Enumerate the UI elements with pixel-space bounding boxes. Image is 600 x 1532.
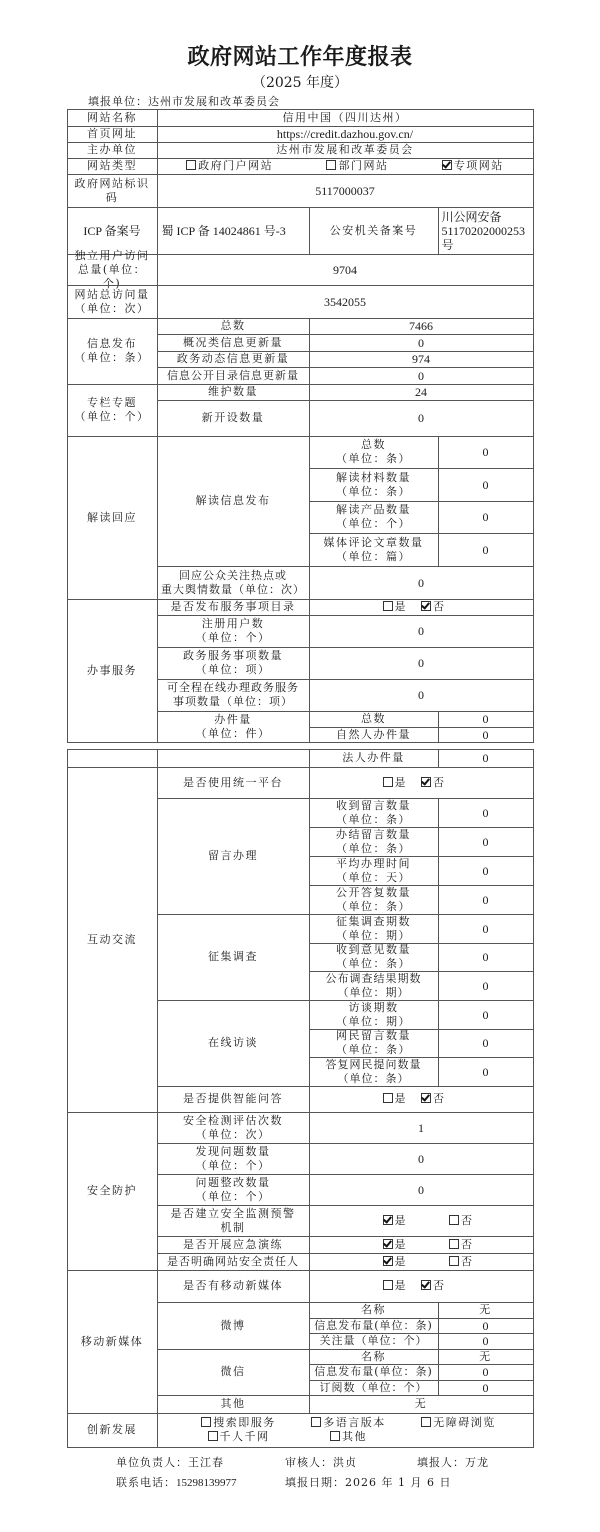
checkbox-unchecked-icon[interactable] — [449, 1239, 459, 1249]
security-drill-label: 是否开展应急演练 — [157, 1236, 310, 1254]
checkbox-checked-icon[interactable] — [383, 1256, 393, 1266]
weibo-name-label: 名称 — [309, 1302, 439, 1319]
cases-label: 办件量（单位：件） — [157, 711, 310, 743]
site-type-options: 政府门户网站 部门网站 专项网站 — [157, 158, 534, 175]
checkbox-checked-icon[interactable] — [421, 1093, 431, 1103]
interpret-material-label: 解读材料数量（单位：条） — [309, 468, 439, 502]
smart-qa-yes[interactable]: 是 — [312, 1092, 422, 1106]
weibo-followers-value: 0 — [438, 1333, 534, 1350]
columns-new-label: 新开设数量 — [157, 400, 310, 437]
smart-qa-options: 是否 — [309, 1086, 534, 1113]
sponsor-label: 主办单位 — [67, 142, 158, 159]
checkbox-unchecked-icon[interactable] — [326, 160, 336, 170]
page-views-label: 网站总访问量（单位：次） — [67, 285, 158, 319]
service-catalog-options: 是否 — [309, 599, 534, 616]
security-fixed-value: 0 — [309, 1174, 534, 1206]
site-type-option-department[interactable]: 部门网站 — [326, 159, 388, 173]
columns-label: 专栏专题（单位：个） — [67, 384, 158, 437]
cases-person-value: 0 — [438, 727, 534, 743]
mobile-has-yes[interactable]: 是 — [312, 1279, 422, 1293]
unit-head: 单位负责人：王江春 — [116, 1454, 224, 1470]
info-news-value: 974 — [309, 351, 534, 368]
continued-blank-cell — [157, 749, 310, 768]
survey-opinions-value: 0 — [438, 943, 534, 972]
info-news-label: 政务动态信息更新量 — [157, 351, 310, 368]
security-monitor-label: 是否建立安全监测预警机制 — [157, 1205, 310, 1237]
reviewer: 审核人：洪贞 — [285, 1454, 357, 1470]
messages-avg-time-label: 平均办理时间（单位：天） — [309, 856, 439, 886]
wechat-name-label: 名称 — [309, 1349, 439, 1365]
security-drill-yes[interactable]: 是 — [312, 1238, 422, 1252]
interview-periods-label: 访谈期数（单位：期） — [309, 1000, 439, 1030]
smart-qa-no[interactable]: 否 — [421, 1092, 531, 1106]
checkbox-unchecked-icon[interactable] — [311, 1417, 321, 1427]
police-record-value: 川公网安备51170202000253号 — [438, 207, 534, 255]
info-catalog-value: 0 — [309, 367, 534, 385]
mobile-has-label: 是否有移动新媒体 — [157, 1270, 310, 1303]
checkbox-checked-icon[interactable] — [421, 1280, 431, 1290]
security-issues-label: 发现问题数量（单位：个） — [157, 1143, 310, 1175]
wechat-subscribers-label: 订阅数（单位：个） — [309, 1380, 439, 1396]
survey-results-label: 公布调查结果期数（单位：期） — [309, 971, 439, 1001]
checkbox-checked-icon[interactable] — [383, 1215, 393, 1225]
messages-closed-value: 0 — [438, 827, 534, 857]
site-code-label: 政府网站标识码 — [67, 174, 158, 208]
response-label: 回应公众关注热点或重大舆情数量（单位：次） — [157, 566, 310, 600]
security-fixed-label: 问题整改数量（单位：个） — [157, 1174, 310, 1206]
interview-replies-label: 答复网民提问数量（单位：条） — [309, 1057, 439, 1087]
interview-label: 在线访谈 — [157, 1000, 310, 1087]
security-tests-label: 安全检测评估次数（单位：次） — [157, 1112, 310, 1144]
checkbox-unchecked-icon[interactable] — [330, 1431, 340, 1441]
service-items-label: 政务服务事项数量（单位：项） — [157, 647, 310, 680]
homepage-url[interactable]: https://credit.dazhou.gov.cn/ — [157, 126, 534, 143]
innovation-option-search[interactable]: 搜索即服务 — [184, 1416, 294, 1430]
security-monitor-yes[interactable]: 是 — [312, 1214, 422, 1228]
wechat-name-value: 无 — [438, 1349, 534, 1365]
security-owner-no[interactable]: 否 — [421, 1255, 531, 1269]
checkbox-unchecked-icon[interactable] — [383, 1280, 393, 1290]
interview-messages-value: 0 — [438, 1029, 534, 1058]
filling-unit-value: 达州市发展和改革委员会 — [148, 95, 280, 108]
response-value: 0 — [309, 566, 534, 600]
filler: 填报人：万龙 — [417, 1454, 489, 1470]
security-label: 安全防护 — [67, 1112, 158, 1271]
cases-legal-label: 法人办件量 — [309, 749, 439, 768]
interpret-product-label: 解读产品数量（单位：个） — [309, 501, 439, 534]
security-issues-value: 0 — [309, 1143, 534, 1175]
innovation-options: 搜索即服务 多语言版本 无障碍浏览 千人千网 其他 — [157, 1413, 534, 1448]
innovation-option-accessibility[interactable]: 无障碍浏览 — [404, 1416, 514, 1430]
checkbox-unchecked-icon[interactable] — [208, 1431, 218, 1441]
survey-results-value: 0 — [438, 971, 534, 1001]
info-total-label: 总数 — [157, 318, 310, 335]
contact-phone: 联系电话：15298139977 — [116, 1474, 237, 1490]
registered-users-value: 0 — [309, 615, 534, 648]
cases-total-value: 0 — [438, 711, 534, 728]
checkbox-checked-icon[interactable] — [383, 1239, 393, 1249]
messages-avg-time-value: 0 — [438, 856, 534, 886]
info-overview-value: 0 — [309, 334, 534, 352]
unique-visitors-value: 9704 — [157, 254, 534, 286]
security-owner-label: 是否明确网站安全责任人 — [157, 1253, 310, 1271]
site-type-option-special[interactable]: 专项网站 — [442, 159, 504, 173]
messages-label: 留言办理 — [157, 798, 310, 915]
columns-maintained-value: 24 — [309, 384, 534, 401]
cases-total-label: 总数 — [309, 711, 439, 728]
weibo-followers-label: 关注量（单位：个） — [309, 1333, 439, 1350]
filling-unit-label: 填报单位： — [88, 95, 148, 108]
interpret-label: 解读回应 — [67, 436, 158, 600]
fill-date: 填报日期：2026 年 1 月 6 日 — [285, 1474, 451, 1490]
innovation-option-other[interactable]: 其他 — [294, 1430, 404, 1444]
checkbox-unchecked-icon[interactable] — [201, 1417, 211, 1427]
homepage-label: 首页网址 — [67, 126, 158, 143]
survey-opinions-label: 收到意见数量（单位：条） — [309, 943, 439, 972]
unified-platform-no[interactable]: 否 — [421, 776, 531, 790]
service-catalog-label: 是否发布服务事项目录 — [157, 599, 310, 616]
security-owner-options: 是否 — [309, 1253, 534, 1271]
checkbox-checked-icon[interactable] — [421, 777, 431, 787]
survey-periods-label: 征集调查期数（单位：期） — [309, 914, 439, 944]
police-record-label: 公安机关备案号 — [309, 207, 439, 255]
site-code-value: 5117000037 — [157, 174, 534, 208]
wechat-posts-value: 0 — [438, 1364, 534, 1381]
report-year: （2025 年度） — [0, 72, 600, 92]
weibo-label: 微博 — [157, 1302, 310, 1350]
survey-label: 征集调查 — [157, 914, 310, 1001]
info-overview-label: 概况类信息更新量 — [157, 334, 310, 352]
security-owner-yes[interactable]: 是 — [312, 1255, 422, 1269]
unified-platform-options: 是否 — [309, 767, 534, 799]
sponsor-value: 达州市发展和改革委员会 — [157, 142, 534, 159]
interpret-publish-label: 解读信息发布 — [157, 436, 310, 567]
service-label: 办事服务 — [67, 599, 158, 743]
innovation-option-personalized[interactable]: 千人千网 — [184, 1430, 294, 1444]
interview-periods-value: 0 — [438, 1000, 534, 1030]
mobile-has-options: 是否 — [309, 1270, 534, 1303]
weibo-posts-label: 信息发布量(单位：条) — [309, 1318, 439, 1334]
mobile-label: 移动新媒体 — [67, 1270, 158, 1414]
interpret-material-value: 0 — [438, 468, 534, 502]
interaction-label: 互动交流 — [67, 767, 158, 1113]
cases-legal-value: 0 — [438, 749, 534, 768]
info-catalog-label: 信息公开目录信息更新量 — [157, 367, 310, 385]
checkbox-unchecked-icon[interactable] — [186, 160, 196, 170]
checkbox-unchecked-icon[interactable] — [421, 1417, 431, 1427]
checkbox-unchecked-icon[interactable] — [449, 1215, 459, 1225]
service-items-value: 0 — [309, 647, 534, 680]
info-total-value: 7466 — [309, 318, 534, 335]
icp-value: 蜀 ICP 备 14024861 号-3 — [157, 207, 310, 255]
interview-messages-label: 网民留言数量（单位：条） — [309, 1029, 439, 1058]
interpret-product-value: 0 — [438, 501, 534, 534]
interpret-total-label: 总数（单位：条） — [309, 436, 439, 469]
checkbox-checked-icon[interactable] — [442, 160, 452, 170]
security-tests-value: 1 — [309, 1112, 534, 1144]
icp-label: ICP 备案号 — [67, 207, 158, 255]
smart-qa-label: 是否提供智能问答 — [157, 1086, 310, 1113]
checkbox-unchecked-icon[interactable] — [383, 1093, 393, 1103]
page-views-value: 3542055 — [157, 285, 534, 319]
columns-maintained-label: 维护数量 — [157, 384, 310, 401]
continued-blank-cell — [67, 749, 158, 768]
online-items-value: 0 — [309, 679, 534, 712]
service-catalog-yes[interactable]: 是 — [312, 600, 422, 614]
messages-received-label: 收到留言数量（单位：条） — [309, 798, 439, 828]
weibo-name-value: 无 — [438, 1302, 534, 1319]
site-type-option-portal[interactable]: 政府门户网站 — [186, 159, 273, 173]
innovation-label: 创新发展 — [67, 1413, 158, 1448]
mobile-has-no[interactable]: 否 — [421, 1279, 531, 1293]
site-name-value: 信用中国（四川达州） — [157, 109, 534, 127]
interpret-total-value: 0 — [438, 436, 534, 469]
info-publish-label: 信息发布（单位：条） — [67, 318, 158, 385]
unified-platform-yes[interactable]: 是 — [312, 776, 422, 790]
messages-public-value: 0 — [438, 885, 534, 915]
security-drill-options: 是否 — [309, 1236, 534, 1254]
site-name-label: 网站名称 — [67, 109, 158, 127]
wechat-subscribers-value: 0 — [438, 1380, 534, 1396]
interpret-media-value: 0 — [438, 533, 534, 567]
unique-visitors-label: 独立用户访问总量(单位：个) — [67, 254, 158, 286]
mobile-other-label: 其他 — [157, 1395, 310, 1414]
page-title: 政府网站工作年度报表 — [0, 40, 600, 71]
messages-closed-label: 办结留言数量（单位：条） — [309, 827, 439, 857]
security-monitor-no[interactable]: 否 — [421, 1214, 531, 1228]
interview-replies-value: 0 — [438, 1057, 534, 1087]
checkbox-unchecked-icon[interactable] — [383, 601, 393, 611]
security-monitor-options: 是否 — [309, 1205, 534, 1237]
service-catalog-no[interactable]: 否 — [421, 600, 531, 614]
messages-public-label: 公开答复数量（单位：条） — [309, 885, 439, 915]
unified-platform-label: 是否使用统一平台 — [157, 767, 310, 799]
survey-periods-value: 0 — [438, 914, 534, 944]
checkbox-unchecked-icon[interactable] — [449, 1256, 459, 1266]
filling-unit: 填报单位：达州市发展和改革委员会 — [88, 93, 280, 109]
site-type-label: 网站类型 — [67, 158, 158, 175]
cases-person-label: 自然人办件量 — [309, 727, 439, 743]
interpret-media-label: 媒体评论文章数量（单位：篇） — [309, 533, 439, 567]
columns-new-value: 0 — [309, 400, 534, 437]
security-drill-no[interactable]: 否 — [421, 1238, 531, 1252]
mobile-other-value: 无 — [309, 1395, 534, 1414]
innovation-option-multilingual[interactable]: 多语言版本 — [294, 1416, 404, 1430]
wechat-label: 微信 — [157, 1349, 310, 1396]
wechat-posts-label: 信息发布量(单位：条) — [309, 1364, 439, 1381]
weibo-posts-value: 0 — [438, 1318, 534, 1334]
messages-received-value: 0 — [438, 798, 534, 828]
online-items-label: 可全程在线办理政务服务事项数量（单位：项） — [157, 679, 310, 712]
checkbox-unchecked-icon[interactable] — [383, 777, 393, 787]
registered-users-label: 注册用户数（单位：个） — [157, 615, 310, 648]
checkbox-checked-icon[interactable] — [421, 601, 431, 611]
